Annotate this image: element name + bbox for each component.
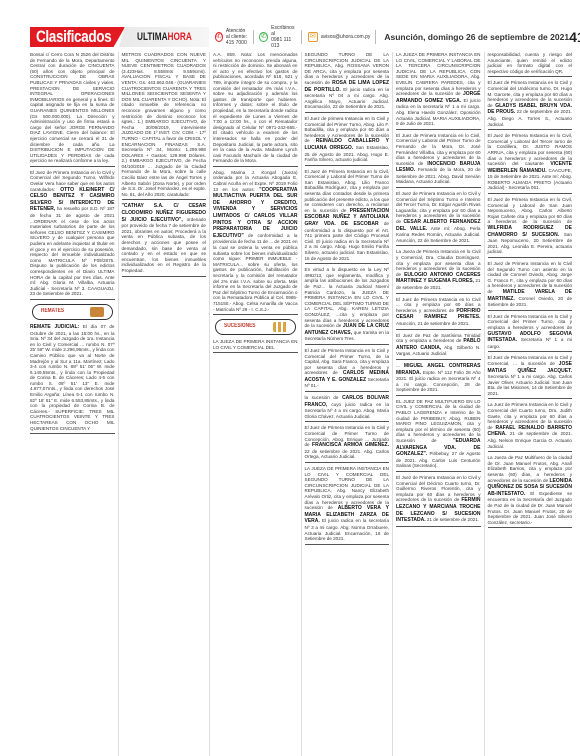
- column-1: Bonsai c/ Cerro Cora N 2526 del Distrito…: [30, 52, 115, 756]
- whatsapp-icon: ✆: [259, 32, 268, 42]
- notice-text: El día 07 de Octubre de 2021, a las 15:0…: [30, 324, 115, 431]
- notice-text: ordenado por proveído de fecha 7 de seti…: [122, 217, 207, 273]
- notice-text: El Juez de Primera Instancia en lo Civil…: [305, 169, 390, 213]
- legal-notice: El Juez de Primera Instancia en lo Civil…: [488, 261, 573, 311]
- legal-notice: El Juez de Primera Instancia en lo Civil…: [305, 425, 390, 463]
- contact-label: Atención al cliente:: [226, 28, 248, 40]
- divider: [253, 30, 254, 44]
- contact-value[interactable]: avisos@uhora.com.py: [321, 34, 371, 40]
- legal-notice: El Juez de Primera Instancia en lo Civil…: [305, 169, 390, 265]
- remates-banner: REMATES: [32, 304, 113, 320]
- column-2: METROS CUADRADOS CON NUEVE MIL QUINIENTO…: [118, 52, 207, 756]
- legal-notice: El Juez de Primera Instancia en lo Civil…: [396, 475, 481, 527]
- column-3: A.A. 859. Nota: Los mencionados vehículo…: [209, 52, 298, 756]
- notice-text: LA JUEZA DE PRIMERA INSTANCIA EN LO CIVI…: [305, 466, 390, 510]
- legal-notice: LA JUEZA DE PRIMERA INSTANCIA EN LO CIVI…: [213, 339, 298, 353]
- issue-date: Asunción, domingo 26 de septiembre de 20…: [384, 32, 569, 42]
- legal-notice: la sucesión de CARLOS BOLIVAR FRANCO, cu…: [305, 395, 390, 422]
- legal-notice: REMATE JUDICIAL: El día 07 de Octubre de…: [30, 324, 115, 434]
- newspaper-logo: ULTIMAHORA: [119, 27, 209, 47]
- notice-text: 22 de setiembre de 2021. Abg. Carlos Ort…: [305, 449, 390, 460]
- notice-name: REMATE JUDICIAL:: [30, 324, 79, 330]
- notice-text: En virtud a lo dispuesto en la Ley Nº 49…: [305, 267, 390, 328]
- notice-text: EL JUEZ DE PAZ MULTIFUERO EN LO CIVIL y …: [396, 399, 481, 443]
- gavel-icon: [90, 307, 104, 317]
- contact-whatsapp: ✆ Escríbinos al0981 111 013: [259, 25, 301, 49]
- legal-notice: A.A. 859. Nota: Los mencionados vehículo…: [213, 52, 298, 167]
- classified-columns: Bonsai c/ Cerro Cora N 2526 del Distrito…: [30, 52, 572, 756]
- divider: [375, 30, 376, 44]
- notice-name: "COOPERATIVA MULTIACTIVA PUERTA DEL SUR …: [213, 187, 298, 239]
- contact-value: 0981 111 013: [271, 37, 296, 49]
- notice-text: Secretaría Nº 1 a mi cargo. Abg. Carlos …: [488, 374, 573, 396]
- legal-notice: El Juez de primera Instancia en lo Civil…: [305, 116, 390, 166]
- legal-notice: La Jueza de Paz Multifuero de la ciudad …: [488, 455, 573, 528]
- legal-notice: El Juez de Primera Instancia en lo Civil…: [396, 297, 481, 330]
- legal-notice: El Juez de Primera Instancia en lo Civil…: [488, 355, 573, 399]
- column-5: LA JUEZA DE PRIMERA INSTANCIA EN LO CIVI…: [392, 52, 481, 756]
- legal-notice: El Juez de Primera Instancia en lo Civil…: [396, 133, 481, 188]
- contact-value: 415 7000: [226, 40, 248, 46]
- legal-notice: "CATHAY S.A. C/ CESAR CLODOMIRO NUÑEZ FI…: [122, 203, 207, 276]
- column-6: responsabilidad, cuenta y riesgo del Anu…: [484, 52, 573, 756]
- legal-notice: EL JUEZ DE PAZ MULTIFUERO EN LO CIVIL y …: [396, 399, 481, 472]
- legal-notice: El Juez de Primera Instancia en lo Civil…: [305, 348, 390, 392]
- notice-text: la sucesión de: [305, 395, 339, 400]
- legal-notice: La Jueza de Primera Instancia en lo Civi…: [396, 249, 481, 293]
- notice-text: Bonsai c/ Cerro Cora N 2526 del Distrito…: [30, 52, 115, 163]
- legal-notice: METROS CUADRADOS CON NUEVE MIL QUINIENTO…: [122, 52, 207, 200]
- legal-notice: ... MIGUEL ANGEL CONTRERAS MIRANDA. Expt…: [396, 363, 481, 396]
- sucesiones-banner: SUCESIONES: [215, 319, 296, 335]
- legal-notice: SEGUNDO TURNO DE LA CIRCUNSCRIPCION JUDI…: [305, 52, 390, 113]
- legal-notice: responsabilidad, cuenta y riesgo del Anu…: [488, 52, 573, 77]
- notice-text: ...: [396, 363, 400, 368]
- section-title: Clasificados: [30, 27, 125, 47]
- legal-notice: El Juez de Primera Instancia en lo Civil…: [488, 133, 573, 194]
- legal-notice: El Juez de Paz de Santísima Trinidad cit…: [396, 333, 481, 360]
- contact-email[interactable]: ✉ avisos@uhora.com.py: [308, 30, 377, 44]
- legal-notice: En virtud a lo dispuesto en la Ley Nº 49…: [305, 267, 390, 345]
- banner-label: SUCESIONES: [224, 324, 255, 330]
- notice-text: El Juez de Primera Instancia en lo Civil…: [488, 314, 573, 330]
- legal-notice: El Juez de Primera Instancia en lo Civil…: [396, 191, 481, 246]
- logo-ultima: ULTIMA: [137, 31, 168, 43]
- notice-text: Asunción, 21 de setiembre de 2021.: [396, 321, 470, 326]
- legal-notice: La Juez de Primera Instancia en lo Civil…: [488, 402, 573, 452]
- legal-notice: El Juez de Primera Instancia en lo Civil…: [488, 80, 573, 130]
- notice-name: WILFRIDA RODRIGUEZ DE CHAMORRO S/ SUCESI…: [488, 225, 573, 238]
- page-number: 41: [569, 29, 580, 45]
- phone-icon: ✆: [215, 32, 223, 42]
- legal-notice: Abog. Marina J. Kongaf (Jueza) ordenada …: [213, 170, 298, 315]
- notice-text: de conformidad a lo dispuesto por el Art…: [305, 221, 390, 261]
- section-title-text: Clasificados: [36, 27, 111, 47]
- notice-text: responsabilidad, cuenta y riesgo del Anu…: [488, 52, 573, 74]
- notice-name: EULOGIO ANTONIO CACERES MARTINEZ Y EUGEN…: [396, 272, 481, 285]
- legal-notice: LA JUEZA DE PRIMERA INSTANCIA EN LO CIVI…: [305, 466, 390, 545]
- legal-notice: Bonsai c/ Cerro Cora N 2526 del Distrito…: [30, 52, 115, 167]
- logo-hora: HORA: [168, 31, 192, 43]
- legal-notice: El Juez de Primera Instancia en lo Civil…: [488, 314, 573, 353]
- page-header: Clasificados ULTIMAHORA ✆ Atención al cl…: [30, 27, 575, 47]
- divider: [301, 30, 302, 44]
- notice-text: METROS CUADRADOS CON NUEVE MIL QUINIENTO…: [122, 52, 207, 197]
- people-icon: [273, 322, 287, 332]
- legal-notice: LA JUEZA DE PRIMERA INSTANCIA EN LO CIVI…: [396, 52, 481, 130]
- contact-label: Escríbinos al: [271, 25, 296, 37]
- banner-label: REMATES: [41, 309, 64, 315]
- notice-text: El Juez de Primera Instancia en lo Civil…: [488, 197, 573, 224]
- legal-notice: El Juez de Primera Instancia en lo Civil…: [30, 170, 115, 300]
- notice-name: FRANCISCA ARMOA GIMENEZ.: [312, 442, 389, 448]
- column-4: SEGUNDO TURNO DE LA CIRCUNSCRIPCION JUDI…: [301, 52, 390, 756]
- mail-icon: ✉: [308, 32, 318, 42]
- notice-text: 21 de setiembre de 2021.: [427, 517, 479, 522]
- notice-text: A.A. 859. Nota: Los mencionados vehículo…: [213, 52, 298, 163]
- legal-notice: El Juez de Primera Instancia en lo Civil…: [488, 197, 573, 258]
- notice-text: LA JUEZA DE PRIMERA INSTANCIA EN LO CIVI…: [213, 339, 298, 350]
- notice-text: LA JUEZA DE PRIMERA INSTANCIA EN LO CIVI…: [396, 52, 481, 96]
- notice-text: ha resuelto por S.D. Nº 187 de fecha 31 …: [30, 206, 115, 296]
- notice-text: de conformidad a la providencia de fecha…: [213, 233, 298, 312]
- contact-phone: ✆ Atención al cliente:415 7000: [215, 28, 253, 46]
